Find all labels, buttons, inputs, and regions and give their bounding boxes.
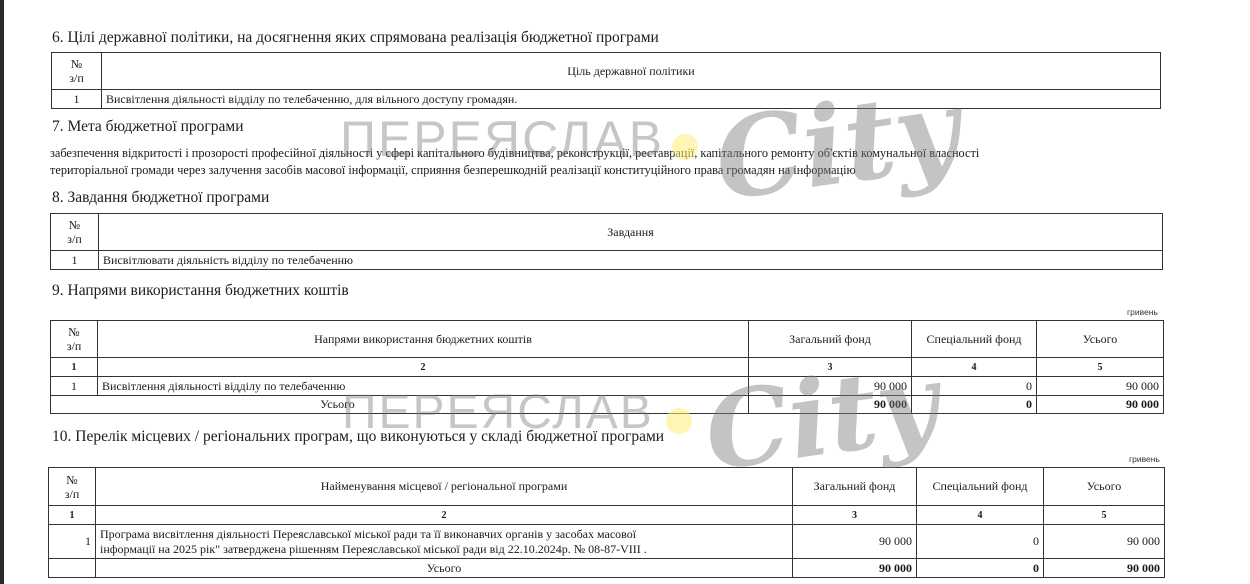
no-sign: № [55,325,93,339]
index-row: 1 2 3 4 5 [49,506,1165,525]
table-row: 1 Висвітлювати діяльність відділу по тел… [51,251,1163,270]
general-fund-value: 90 000 [749,377,912,396]
program-purpose-line2: територіальної громади через залучення з… [50,162,856,179]
no-sign: № [56,57,97,71]
special-fund-value: 0 [917,525,1044,559]
index-cell: 5 [1037,358,1164,377]
goal-text: Висвітлення діяльності відділу по телеба… [102,90,1161,109]
no-abbr: з/п [55,232,94,246]
index-cell: 2 [98,358,749,377]
index-cell: 3 [793,506,917,525]
col-goal-header: Ціль державної політики [102,53,1161,90]
section6-heading: 6. Цілі державної політики, на досягненн… [52,29,659,47]
col-special-fund-header: Спеціальний фонд [917,468,1044,506]
col-number-header: № з/п [51,214,99,251]
total-special-fund: 0 [917,559,1044,578]
col-special-fund-header: Спеціальний фонд [912,321,1037,358]
col-direction-header: Напрями використання бюджетних коштів [98,321,749,358]
program-tasks-table: № з/п Завдання 1 Висвітлювати діяльність… [50,213,1163,270]
special-fund-value: 0 [912,377,1037,396]
col-total-header: Усього [1037,321,1164,358]
index-row: 1 2 3 4 5 [51,358,1164,377]
index-cell: 1 [49,506,96,525]
index-cell: 1 [51,358,98,377]
total-row: Усього 90 000 0 90 000 [49,559,1165,578]
row-number: 1 [49,525,96,559]
budget-directions-table: № з/п Напрями використання бюджетних кош… [50,320,1164,414]
col-general-fund-header: Загальний фонд [793,468,917,506]
total-label: Усього [51,396,749,414]
col-number-header: № з/п [52,53,102,90]
total-row: Усього 90 000 0 90 000 [51,396,1164,414]
total-overall: 90 000 [1037,396,1164,414]
local-programs-table: № з/п Найменування місцевої / регіональн… [48,467,1165,578]
program-purpose-line1: забезпечення відкритості і прозорості пр… [50,145,979,162]
program-name-line1: Програма висвітлення діяльності Переясла… [100,527,788,542]
table-row: 1 Програма висвітлення діяльності Переяс… [49,525,1165,559]
table-header-row: № з/п Завдання [51,214,1163,251]
section9-heading: 9. Напрями використання бюджетних коштів [52,282,349,300]
table-row: 1 Висвітлення діяльності відділу по теле… [52,90,1161,109]
total-special-fund: 0 [912,396,1037,414]
row-number: 1 [51,251,99,270]
direction-name: Висвітлення діяльності відділу по телеба… [98,377,749,396]
page-left-edge [0,0,4,584]
no-sign: № [53,473,91,487]
col-number-header: № з/п [51,321,98,358]
table-header-row: № з/п Ціль державної політики [52,53,1161,90]
total-general-fund: 90 000 [749,396,912,414]
total-value: 90 000 [1044,525,1165,559]
general-fund-value: 90 000 [793,525,917,559]
no-abbr: з/п [53,487,91,501]
col-number-header: № з/п [49,468,96,506]
table-header-row: № з/п Напрями використання бюджетних кош… [51,321,1164,358]
col-total-header: Усього [1044,468,1165,506]
total-general-fund: 90 000 [793,559,917,578]
index-cell: 4 [917,506,1044,525]
no-abbr: з/п [55,339,93,353]
total-overall: 90 000 [1044,559,1165,578]
table-row: 1 Висвітлення діяльності відділу по теле… [51,377,1164,396]
currency-unit: гривень [1129,454,1160,464]
no-abbr: з/п [56,71,97,85]
row-number: 1 [51,377,98,396]
section7-heading: 7. Мета бюджетної програми [52,118,244,136]
policy-goals-table: № з/п Ціль державної політики 1 Висвітле… [51,52,1161,109]
currency-unit: гривень [1127,307,1158,317]
total-label: Усього [96,559,793,578]
col-program-name-header: Найменування місцевої / регіональної про… [96,468,793,506]
program-name-line2: інформації на 2025 рік" затверджена ріше… [100,542,788,557]
task-text: Висвітлювати діяльність відділу по телеб… [99,251,1163,270]
total-value: 90 000 [1037,377,1164,396]
col-general-fund-header: Загальний фонд [749,321,912,358]
index-cell: 2 [96,506,793,525]
index-cell: 4 [912,358,1037,377]
program-name: Програма висвітлення діяльності Переясла… [96,525,793,559]
col-task-header: Завдання [99,214,1163,251]
section8-heading: 8. Завдання бюджетної програми [52,189,269,207]
section10-heading: 10. Перелік місцевих / регіональних прог… [52,428,664,446]
table-header-row: № з/п Найменування місцевої / регіональн… [49,468,1165,506]
no-sign: № [55,218,94,232]
total-label-text: Усього [320,397,354,411]
index-cell: 5 [1044,506,1165,525]
index-cell: 3 [749,358,912,377]
empty-cell [49,559,96,578]
row-number: 1 [52,90,102,109]
